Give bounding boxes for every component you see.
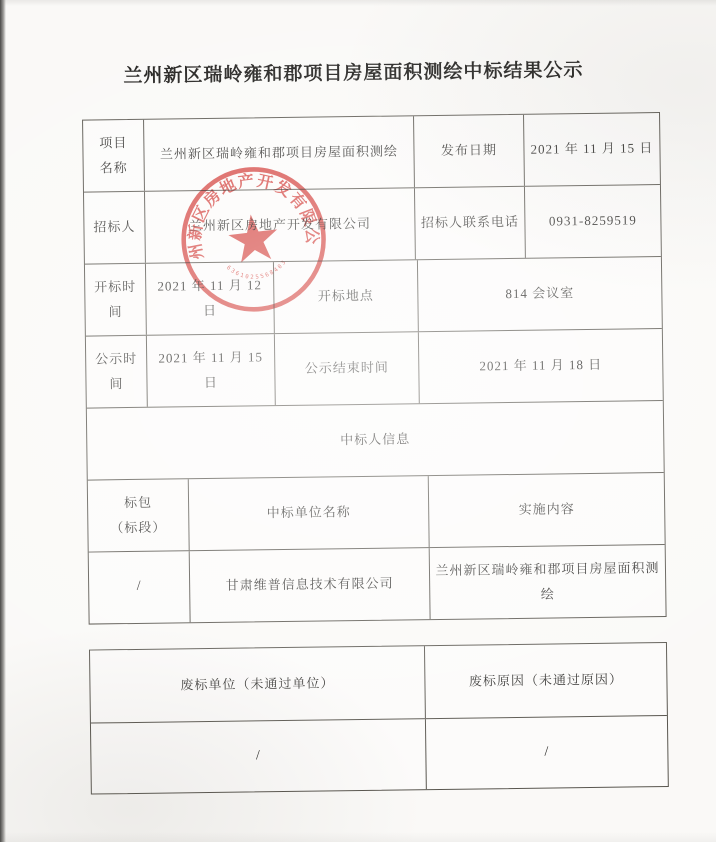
scan-edge	[0, 0, 6, 842]
table-row-winner: / 甘肃维普信息技术有限公司 兰州新区瑞岭雍和郡项目房屋面积测绘	[89, 544, 666, 624]
winner-name-value: 甘肃维普信息技术有限公司	[189, 548, 430, 622]
rejected-bid-table: 废标单位（未通过单位） 废标原因（未通过原因） / /	[89, 642, 669, 795]
table-row-publicity: 公示时间 2021 年 11 月 15 日 公示结束时间 2021 年 11 月…	[86, 328, 663, 408]
publish-date-value: 2021 年 11 月 15 日	[523, 113, 660, 186]
table-row-winner-header: 中标人信息	[87, 400, 664, 480]
table-row-tenderer: 招标人 兰州新区房地产开发有限公司 招标人联系电话 0931-8259519	[84, 184, 661, 264]
publish-date-label: 发布日期	[413, 115, 524, 187]
publicity-time-value: 2021 年 11 月 15 日	[146, 334, 275, 407]
rejected-unit-header: 废标单位（未通过单位）	[90, 646, 425, 722]
publicity-end-value: 2021 年 11 月 18 日	[418, 329, 663, 403]
scanned-document-page: 兰州新区瑞岭雍和郡项目房屋面积测绘中标结果公示 项目 名称 兰州新区瑞岭雍和郡项…	[0, 0, 716, 842]
winner-info-header: 中标人信息	[87, 401, 664, 480]
opening-place-label: 开标地点	[273, 260, 418, 333]
tenderer-value: 兰州新区房地产开发有限公司	[144, 188, 415, 263]
package-value: /	[89, 551, 190, 623]
opening-place-value: 814 会议室	[417, 257, 662, 331]
tenderer-phone-label: 招标人联系电话	[414, 187, 525, 259]
opening-time-label: 开标时间	[85, 264, 146, 336]
scope-value: 兰州新区瑞岭雍和郡项目房屋面积测绘	[429, 545, 666, 619]
opening-time-value: 2021 年 11 月 12 日	[145, 262, 274, 335]
winner-name-header: 中标单位名称	[188, 476, 429, 550]
publicity-time-label: 公示时间	[86, 336, 147, 408]
project-name-label: 项目 名称	[83, 120, 144, 192]
page-title: 兰州新区瑞岭雍和郡项目房屋面积测绘中标结果公示	[0, 53, 712, 89]
scope-header: 实施内容	[428, 473, 665, 547]
table-row-section-header: 标包 （标段） 中标单位名称 实施内容	[88, 472, 665, 552]
tenderer-label: 招标人	[84, 192, 145, 264]
table-row-project: 项目 名称 兰州新区瑞岭雍和郡项目房屋面积测绘 发布日期 2021 年 11 月…	[83, 113, 660, 192]
project-name-value: 兰州新区瑞岭雍和郡项目房屋面积测绘	[143, 116, 414, 191]
package-label: 标包 （标段）	[88, 479, 189, 551]
rejected-reason-header: 废标原因（未通过原因）	[424, 643, 667, 718]
tenderer-phone-value: 0931-8259519	[524, 185, 661, 258]
table-row-reject-header: 废标单位（未通过单位） 废标原因（未通过原因）	[90, 643, 667, 723]
publicity-end-label: 公示结束时间	[274, 332, 419, 405]
rejected-unit-value: /	[91, 719, 426, 793]
rejected-reason-value: /	[425, 716, 668, 789]
bid-result-table: 项目 名称 兰州新区瑞岭雍和郡项目房屋面积测绘 发布日期 2021 年 11 月…	[82, 112, 667, 625]
table-row-opening: 开标时间 2021 年 11 月 12 日 开标地点 814 会议室	[85, 256, 662, 336]
table-row-reject-values: / /	[91, 715, 668, 794]
